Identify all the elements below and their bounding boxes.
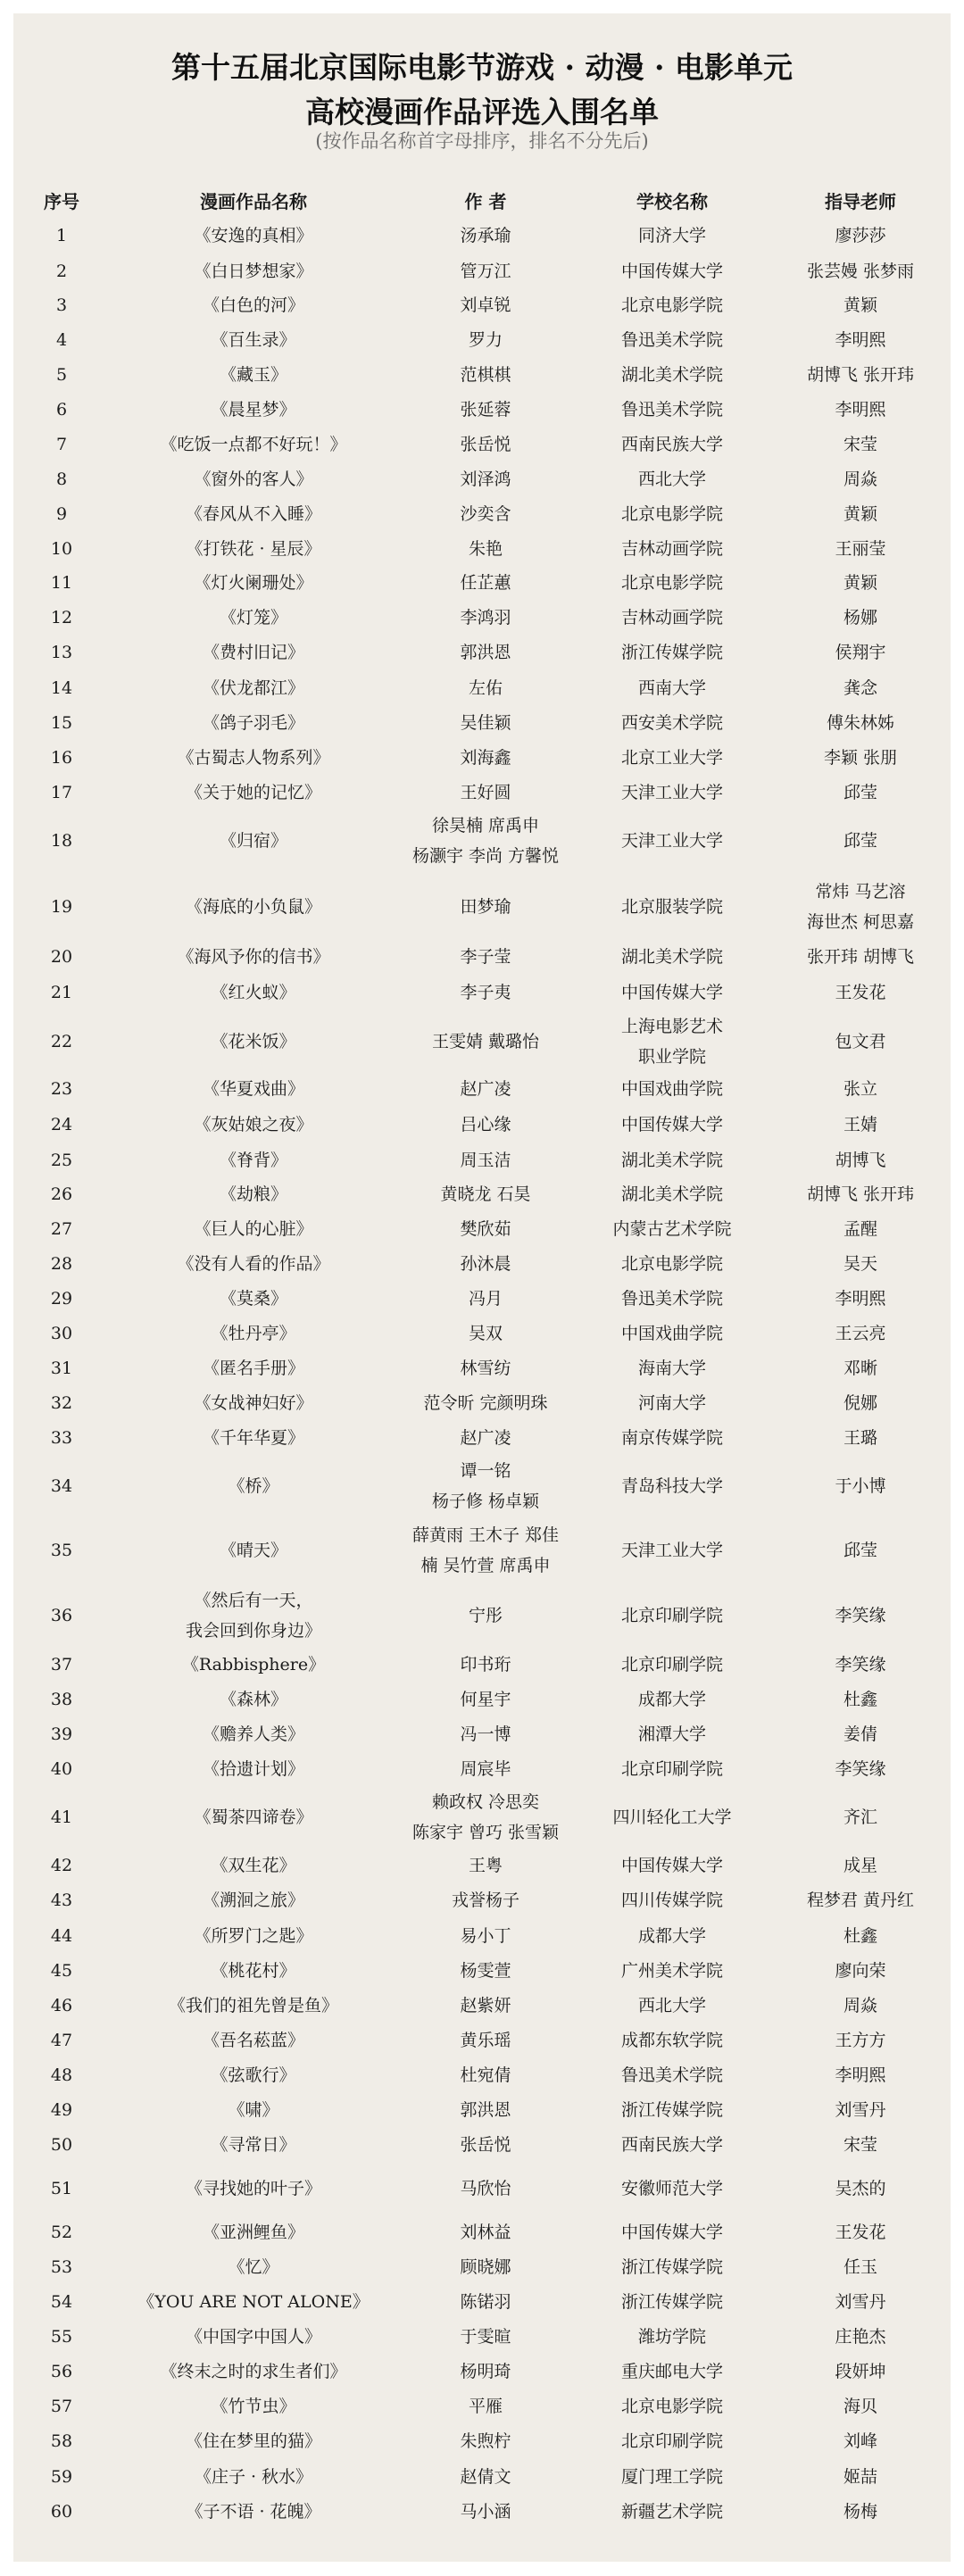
work-title: 《女战神妇好》 [194,1388,312,1418]
column-header-number: 序号 [44,187,79,213]
school-name: 西安美术学院 [621,708,723,738]
author-names: 张延蓉 [460,395,511,425]
row-number: 7 [56,429,67,460]
author-names: 易小丁 [460,1921,511,1951]
sort-note: (按作品名称首字母排序，排名不分先后) [0,127,964,154]
advisor-names: 胡博飞 [835,1145,885,1176]
author-names: 宁彤 [469,1600,503,1631]
work-title: 《春风从不入睡》 [186,499,321,529]
school-name: 鲁迅美术学院 [621,1284,723,1314]
advisor-names: 李明熙 [835,1284,885,1314]
work-title: 《归宿》 [220,826,287,856]
school-name: 天津工业大学 [621,1535,723,1566]
row-number: 57 [51,2391,72,2422]
author-names: 赵广凌 [460,1423,511,1453]
author-names: 孙沐晨 [460,1249,511,1279]
author-names: 平雁 [469,2391,503,2422]
advisor-names: 邱莹 [843,1535,877,1566]
work-title: 《海底的小负鼠》 [186,892,321,922]
advisor-names: 李明熙 [835,325,885,355]
author-names: 刘卓锐 [460,290,511,320]
row-number: 51 [51,2173,72,2204]
row-number: 5 [56,360,67,390]
advisor-names: 张立 [843,1074,877,1104]
school-name: 湖北美术学院 [621,942,723,972]
author-names: 朱艳 [469,534,503,564]
author-names: 郭洪恩 [460,2095,511,2125]
school-name: 北京电影学院 [621,290,723,320]
row-number: 56 [51,2356,72,2387]
advisor-names: 黄颖 [843,290,877,320]
work-title: 《红火蚁》 [211,977,295,1008]
school-name: 西北大学 [638,1990,706,2021]
row-number: 42 [51,1850,72,1881]
work-title: 《桃花村》 [211,1956,295,1986]
school-name: 青岛科技大学 [621,1471,723,1501]
school-name: 成都大学 [638,1921,706,1951]
school-name: 成都大学 [638,1684,706,1715]
author-names: 樊欣茹 [460,1214,511,1244]
advisor-names: 邱莹 [843,826,877,856]
row-number: 33 [51,1423,72,1453]
work-title: 《然后有一天，我会回到你身边》 [186,1585,321,1646]
school-name: 广州美术学院 [621,1956,723,1986]
row-number: 37 [51,1649,72,1680]
work-title: 《千年华夏》 [203,1423,304,1453]
row-number: 35 [51,1535,72,1566]
row-number: 19 [51,892,72,922]
advisor-names: 黄颖 [843,499,877,529]
row-number: 20 [51,942,72,972]
advisor-names: 张芸嫚 张梦雨 [807,256,914,287]
advisor-names: 倪娜 [843,1388,877,1418]
row-number: 52 [51,2217,72,2248]
row-number: 26 [51,1179,72,1209]
author-names: 李子夷 [460,977,511,1008]
author-names: 何星宇 [460,1684,511,1715]
school-name: 重庆邮电大学 [621,2356,723,2387]
row-number: 4 [56,325,67,355]
work-title: 《YOU ARE NOT ALONE》 [137,2287,369,2317]
row-number: 18 [51,826,72,856]
school-name: 鲁迅美术学院 [621,2060,723,2090]
work-title: 《灯笼》 [220,602,287,633]
school-name: 四川轻化工大学 [612,1802,731,1832]
author-names: 戎誉杨子 [452,1885,519,1915]
school-name: 海南大学 [638,1353,706,1384]
author-names: 范棋棋 [460,360,511,390]
school-name: 成都东软学院 [621,2025,723,2056]
row-number: 41 [51,1802,72,1832]
work-title: 《百生录》 [211,325,295,355]
school-name: 新疆艺术学院 [621,2497,723,2527]
row-number: 30 [51,1318,72,1349]
row-number: 38 [51,1684,72,1715]
author-names: 刘泽鸿 [460,464,511,494]
author-names: 汤承瑜 [460,220,511,251]
row-number: 49 [51,2095,72,2125]
row-number: 8 [56,464,67,494]
work-title: 《蜀茶四谛卷》 [194,1802,312,1832]
work-title: 《匿名手册》 [203,1353,304,1384]
school-name: 北京印刷学院 [621,1649,723,1680]
advisor-names: 杨娜 [843,602,877,633]
school-name: 北京服装学院 [621,892,723,922]
row-number: 47 [51,2025,72,2056]
work-title: 《拾遗计划》 [203,1754,304,1784]
author-names: 薛黄雨 王木子 郑佳楠 吴竹萱 席禹申 [412,1520,559,1581]
school-name: 中国传媒大学 [621,1109,723,1140]
advisor-names: 张开玮 胡博飞 [807,942,914,972]
author-names: 郭洪恩 [460,637,511,668]
author-names: 黄乐瑶 [460,2025,511,2056]
work-title: 《吃饭一点都不好玩！》 [160,429,346,460]
school-name: 同济大学 [638,220,706,251]
work-title: 《终末之时的求生者们》 [160,2356,346,2387]
row-number: 46 [51,1990,72,2021]
author-names: 黄晓龙 石昊 [440,1179,530,1209]
school-name: 中国传媒大学 [621,977,723,1008]
work-title: 《脊背》 [220,1145,287,1176]
advisor-names: 段妍坤 [835,2356,885,2387]
advisor-names: 海贝 [843,2391,877,2422]
school-name: 浙江传媒学院 [621,2252,723,2282]
row-number: 17 [51,777,72,808]
author-names: 罗力 [469,325,503,355]
author-names: 冯一博 [460,1719,511,1749]
row-number: 9 [56,499,67,529]
school-name: 四川传媒学院 [621,1885,723,1915]
work-title: 《双生花》 [211,1850,295,1881]
page-subtitle-title: 高校漫画作品评选入围名单 [0,89,964,131]
advisor-names: 刘雪丹 [835,2095,885,2125]
advisor-names: 孟醒 [843,1214,877,1244]
row-number: 25 [51,1145,72,1176]
row-number: 12 [51,602,72,633]
advisor-names: 王发花 [835,2217,885,2248]
school-name: 西南民族大学 [621,2130,723,2160]
author-names: 杨雯萱 [460,1956,511,1986]
row-number: 13 [51,637,72,668]
author-names: 徐昊楠 席禹申杨灏宇 李尚 方馨悦 [412,810,559,871]
row-number: 2 [56,256,67,287]
advisor-names: 任玉 [843,2252,877,2282]
work-title: 《古蜀志人物系列》 [177,743,329,773]
advisor-names: 邓晰 [843,1353,877,1384]
school-name: 西北大学 [638,464,706,494]
work-title: 《莫桑》 [220,1284,287,1314]
work-title: 《花米饭》 [211,1026,295,1057]
author-names: 吕心缘 [460,1109,511,1140]
work-title: 《窗外的客人》 [194,464,312,494]
school-name: 中国戏曲学院 [621,1074,723,1104]
work-title: 《子不语 · 花魄》 [186,2497,320,2527]
advisor-names: 王发花 [835,977,885,1008]
author-names: 王好圆 [460,777,511,808]
school-name: 北京电影学院 [621,499,723,529]
school-name: 中国传媒大学 [621,256,723,287]
row-number: 3 [56,290,67,320]
school-name: 浙江传媒学院 [621,2095,723,2125]
author-names: 陈锘羽 [460,2287,511,2317]
school-name: 西南大学 [638,673,706,703]
work-title: 《藏玉》 [220,360,287,390]
author-names: 左佑 [469,673,503,703]
school-name: 安徽师范大学 [621,2173,723,2204]
author-names: 林雪纺 [460,1353,511,1384]
column-header-title: 漫画作品名称 [200,187,307,213]
work-title: 《关于她的记忆》 [186,777,321,808]
school-name: 南京传媒学院 [621,1423,723,1453]
row-number: 22 [51,1026,72,1057]
work-title: 《白日梦想家》 [194,256,312,287]
advisor-names: 杜鑫 [843,1684,877,1715]
author-names: 赵紫妍 [460,1990,511,2021]
advisor-names: 刘雪丹 [835,2287,885,2317]
row-number: 1 [56,220,67,251]
advisor-names: 包文君 [835,1026,885,1057]
author-names: 马小涵 [460,2497,511,2527]
row-number: 55 [51,2322,72,2352]
school-name: 鲁迅美术学院 [621,325,723,355]
work-title: 《寻找她的叶子》 [186,2173,321,2204]
row-number: 28 [51,1249,72,1279]
school-name: 北京电影学院 [621,2391,723,2422]
column-header-author: 作 者 [465,187,507,213]
work-title: 《住在梦里的猫》 [186,2426,321,2456]
school-name: 天津工业大学 [621,777,723,808]
work-title: 《费村旧记》 [203,637,304,668]
work-title: 《寻常日》 [211,2130,295,2160]
school-name: 湖北美术学院 [621,360,723,390]
advisor-names: 姬喆 [843,2462,877,2492]
row-number: 53 [51,2252,72,2282]
school-name: 鲁迅美术学院 [621,395,723,425]
work-title: 《巨人的心脏》 [194,1214,312,1244]
author-names: 周玉洁 [460,1145,511,1176]
school-name: 浙江传媒学院 [621,2287,723,2317]
school-name: 吉林动画学院 [621,602,723,633]
row-number: 39 [51,1719,72,1749]
work-title: 《赡养人类》 [203,1719,304,1749]
author-names: 吴佳颖 [460,708,511,738]
advisor-names: 李笑缘 [835,1649,885,1680]
advisor-names: 姜倩 [843,1719,877,1749]
advisor-names: 王丽莹 [835,534,885,564]
work-title: 《吾名菘蓝》 [203,2025,304,2056]
author-names: 谭一铭杨子修 杨卓颖 [432,1456,539,1517]
row-number: 23 [51,1074,72,1104]
row-number: 14 [51,673,72,703]
author-names: 杨明琦 [460,2356,511,2387]
work-title: 《溯洄之旅》 [203,1885,304,1915]
author-names: 范令昕 完颜明珠 [423,1388,547,1418]
advisor-names: 程梦君 黄丹红 [807,1885,914,1915]
author-names: 任芷蕙 [460,568,511,598]
row-number: 21 [51,977,72,1008]
work-title: 《亚洲鲤鱼》 [203,2217,304,2248]
advisor-names: 李颖 张朋 [824,743,897,773]
advisor-names: 侯翔宇 [835,637,885,668]
row-number: 50 [51,2130,72,2160]
author-names: 张岳悦 [460,2130,511,2160]
advisor-names: 李笑缘 [835,1754,885,1784]
advisor-names: 周焱 [843,1990,877,2021]
advisor-names: 李明熙 [835,2060,885,2090]
advisor-names: 吴杰的 [835,2173,885,2204]
row-number: 24 [51,1109,72,1140]
row-number: 11 [51,568,72,598]
advisor-names: 庄艳杰 [835,2322,885,2352]
school-name: 北京电影学院 [621,568,723,598]
school-name: 中国传媒大学 [621,2217,723,2248]
advisor-names: 刘峰 [843,2426,877,2456]
advisor-names: 成星 [843,1850,877,1881]
author-names: 顾晓娜 [460,2252,511,2282]
row-number: 44 [51,1921,72,1951]
work-title: 《我们的祖先曾是鱼》 [169,1990,338,2021]
work-title: 《忆》 [228,2252,278,2282]
work-title: 《鸽子羽毛》 [203,708,304,738]
work-title: 《安逸的真相》 [194,220,312,251]
row-number: 58 [51,2426,72,2456]
advisor-names: 李笑缘 [835,1600,885,1631]
author-names: 印书珩 [460,1649,511,1680]
advisor-names: 王方方 [835,2025,885,2056]
advisor-names: 龚念 [843,673,877,703]
author-names: 于雯暄 [460,2322,511,2352]
school-name: 湘潭大学 [638,1719,706,1749]
school-name: 潍坊学院 [638,2322,706,2352]
work-title: 《打铁花 · 星辰》 [186,534,320,564]
work-title: 《牡丹亭》 [211,1318,295,1349]
school-name: 上海电影艺术职业学院 [621,1011,723,1072]
work-title: 《庄子 · 秋水》 [195,2462,312,2492]
work-title: 《中国字中国人》 [186,2322,321,2352]
row-number: 36 [51,1600,72,1631]
school-name: 北京工业大学 [621,743,723,773]
school-name: 北京印刷学院 [621,1600,723,1631]
work-title: 《森林》 [220,1684,287,1715]
row-number: 10 [51,534,72,564]
author-names: 杜宛倩 [460,2060,511,2090]
school-name: 浙江传媒学院 [621,637,723,668]
row-number: 34 [51,1471,72,1501]
school-name: 天津工业大学 [621,826,723,856]
work-title: 《Rabbisphere》 [182,1649,325,1680]
author-names: 周宸毕 [460,1754,511,1784]
row-number: 40 [51,1754,72,1784]
author-names: 朱煦柠 [460,2426,511,2456]
author-names: 赵广凌 [460,1074,511,1104]
advisor-names: 于小博 [835,1471,885,1501]
work-title: 《啸》 [228,2095,278,2125]
author-names: 刘林益 [460,2217,511,2248]
advisor-names: 齐汇 [843,1802,877,1832]
row-number: 54 [51,2287,72,2317]
work-title: 《晨星梦》 [211,395,295,425]
row-number: 59 [51,2462,72,2492]
column-header-school: 学校名称 [636,187,708,213]
work-title: 《灯火阑珊处》 [194,568,312,598]
work-title: 《劫粮》 [220,1179,287,1209]
author-names: 管万江 [460,256,511,287]
row-number: 15 [51,708,72,738]
school-name: 吉林动画学院 [621,534,723,564]
row-number: 45 [51,1956,72,1986]
row-number: 16 [51,743,72,773]
author-names: 冯月 [469,1284,503,1314]
row-number: 48 [51,2060,72,2090]
advisor-names: 王云亮 [835,1318,885,1349]
advisor-names: 胡博飞 张开玮 [807,360,914,390]
school-name: 河南大学 [638,1388,706,1418]
work-title: 《华夏戏曲》 [203,1074,304,1104]
work-title: 《竹节虫》 [211,2391,295,2422]
school-name: 北京印刷学院 [621,2426,723,2456]
advisor-names: 王璐 [843,1423,877,1453]
author-names: 李鸿羽 [460,602,511,633]
work-title: 《晴天》 [220,1535,287,1566]
author-names: 马欣怡 [460,2173,511,2204]
author-names: 赖政权 冷思奕陈家宇 曾巧 张雪颖 [412,1787,559,1848]
advisor-names: 宋莹 [843,2130,877,2160]
row-number: 6 [56,395,67,425]
advisor-names: 吴天 [843,1249,877,1279]
advisor-names: 廖莎莎 [835,220,885,251]
row-number: 32 [51,1388,72,1418]
advisor-names: 李明熙 [835,395,885,425]
work-title: 《没有人看的作品》 [177,1249,329,1279]
work-title: 《伏龙都江》 [203,673,304,703]
row-number: 29 [51,1284,72,1314]
advisor-names: 邱莹 [843,777,877,808]
advisor-names: 廖向荣 [835,1956,885,1986]
author-names: 王雯婧 戴璐怡 [432,1026,539,1057]
advisor-names: 胡博飞 张开玮 [807,1179,914,1209]
author-names: 刘海鑫 [460,743,511,773]
author-names: 王粤 [469,1850,503,1881]
advisor-names: 宋莹 [843,429,877,460]
school-name: 湖北美术学院 [621,1179,723,1209]
advisor-names: 杜鑫 [843,1921,877,1951]
row-number: 27 [51,1214,72,1244]
author-names: 赵倩文 [460,2462,511,2492]
school-name: 厦门理工学院 [621,2462,723,2492]
author-names: 李子莹 [460,942,511,972]
school-name: 湖北美术学院 [621,1145,723,1176]
row-number: 43 [51,1885,72,1915]
advisor-names: 黄颖 [843,568,877,598]
advisor-names: 王婧 [843,1109,877,1140]
page-title: 第十五届北京国际电影节游戏 · 动漫 · 电影单元 [0,45,964,87]
work-title: 《白色的河》 [203,290,304,320]
work-title: 《所罗门之匙》 [194,1921,312,1951]
work-title: 《灰姑娘之夜》 [194,1109,312,1140]
author-names: 吴双 [469,1318,503,1349]
row-number: 31 [51,1353,72,1384]
advisor-names: 杨梅 [843,2497,877,2527]
advisor-names: 常炜 马艺溶海世杰 柯思嘉 [807,877,914,937]
school-name: 北京电影学院 [621,1249,723,1279]
author-names: 田梦瑜 [460,892,511,922]
school-name: 中国戏曲学院 [621,1318,723,1349]
work-title: 《海风予你的信书》 [177,942,329,972]
school-name: 内蒙古艺术学院 [612,1214,731,1244]
work-title: 《弦歌行》 [211,2060,295,2090]
school-name: 西南民族大学 [621,429,723,460]
advisor-names: 周焱 [843,464,877,494]
